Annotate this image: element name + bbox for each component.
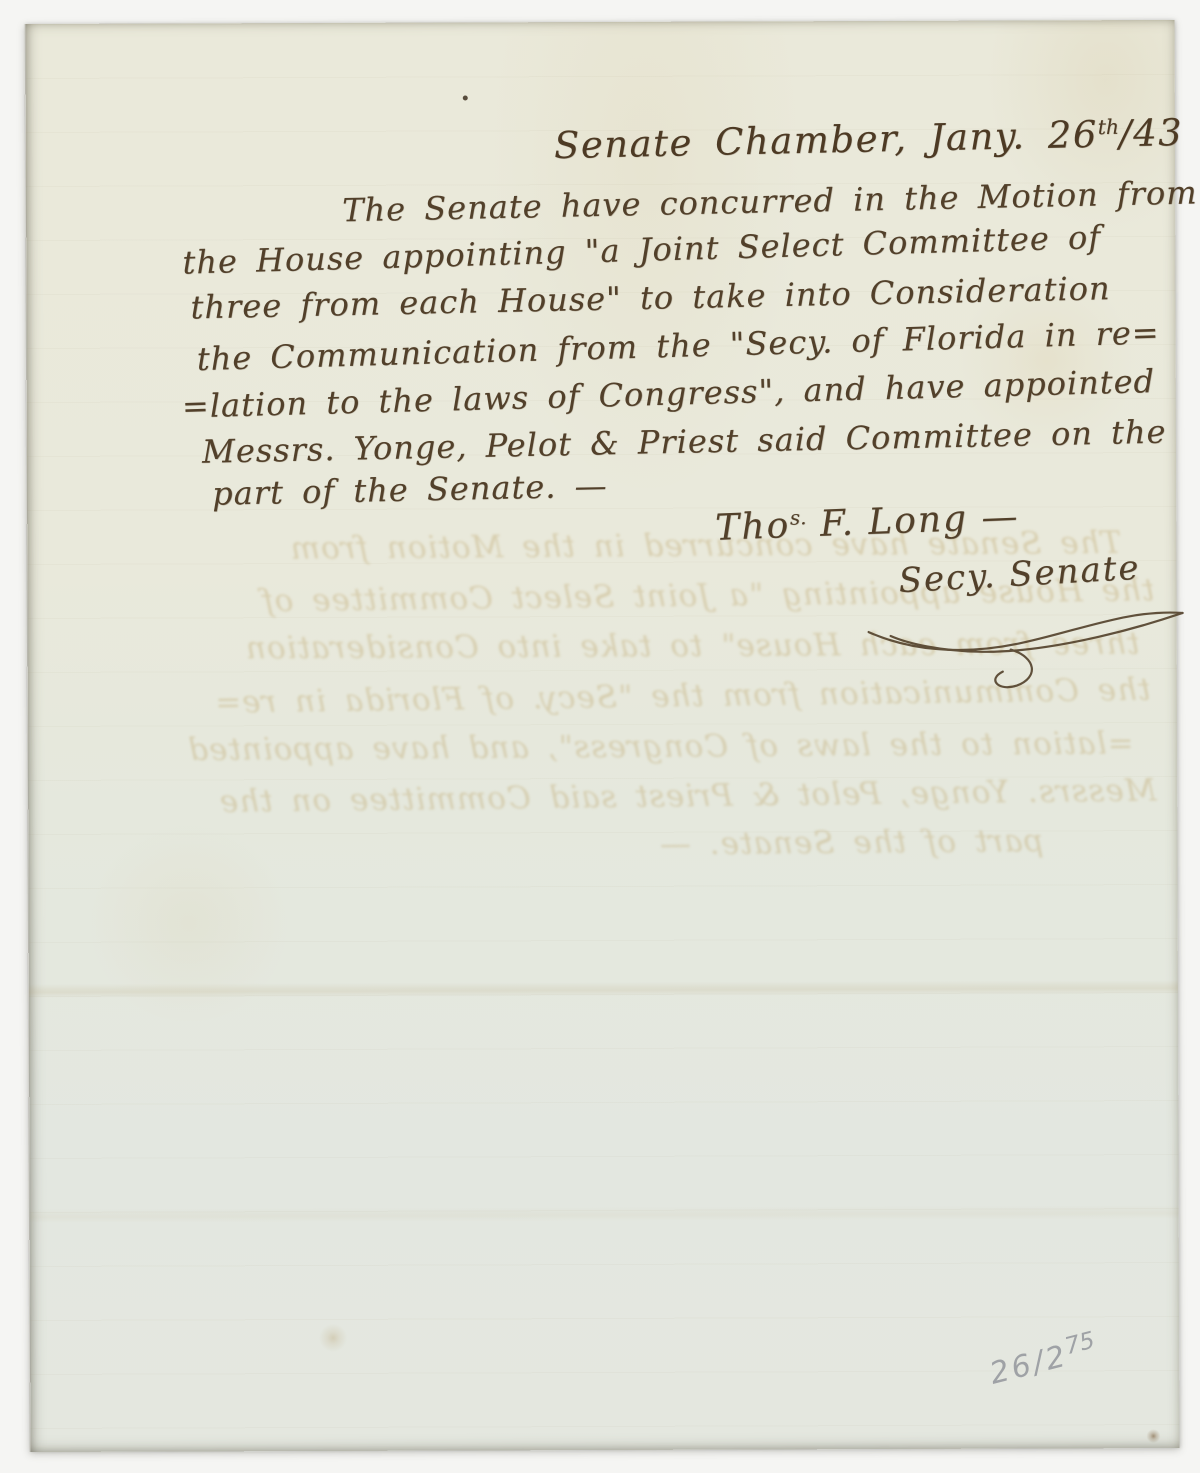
- document-page: The Senate have concurred in the Motion …: [25, 20, 1180, 1452]
- signature-flourish: [861, 593, 1191, 704]
- pencil-number: 26/2: [986, 1338, 1072, 1391]
- dateline-text: Senate Chamber, Jany. 26: [554, 113, 1099, 167]
- bleedthrough-line: Messrs. Yonge, Pelot & Priest said Commi…: [219, 772, 1157, 819]
- dateline-superscript: th: [1097, 115, 1119, 139]
- scan-background: The Senate have concurred in the Motion …: [0, 0, 1200, 1473]
- signature: Thos. F. Long —: [715, 496, 1021, 549]
- dateline: Senate Chamber, Jany. 26th/43 —: [554, 110, 1200, 167]
- fold-crease: [30, 1205, 1179, 1223]
- pencil-number-superscript: 75: [1062, 1326, 1098, 1360]
- ink-speck: [463, 95, 468, 100]
- signature-text: Tho: [715, 505, 791, 549]
- body-line: part of the Senate. —: [212, 467, 608, 513]
- signature-superscript: s.: [789, 506, 806, 530]
- body-line: Messrs. Yonge, Pelot & Priest said Commi…: [202, 413, 1167, 471]
- signature-suffix: F. Long —: [806, 496, 1020, 545]
- fold-crease: [29, 980, 1178, 998]
- bleedthrough-line: part of the Senate. —: [659, 823, 1044, 862]
- pencil-annotation: 26/275: [985, 1326, 1101, 1392]
- dateline-year: /43 —: [1119, 110, 1200, 156]
- bleedthrough-line: =lation to the laws of Congress", and ha…: [187, 725, 1134, 768]
